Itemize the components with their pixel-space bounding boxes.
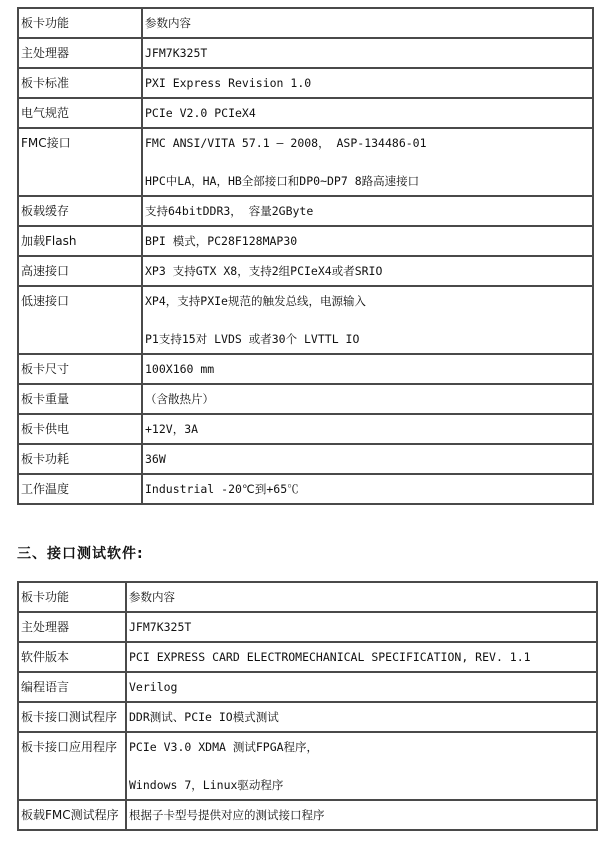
value-line: PCIe V3.0 XDMA 测试FPGA程序， bbox=[129, 733, 594, 761]
table-row: FMC接口FMC ANSI/VITA 57.1 – 2008， ASP-1344… bbox=[18, 128, 593, 196]
table-row: 电气规范PCIe V2.0 PCIeX4 bbox=[18, 98, 593, 128]
row-label: 板卡接口应用程序 bbox=[18, 732, 126, 800]
row-value: JFM7K325T bbox=[126, 612, 597, 642]
value-line: +12V，3A bbox=[145, 415, 590, 443]
value-line: Windows 7，Linux驱动程序 bbox=[129, 771, 594, 799]
row-value: JFM7K325T bbox=[142, 38, 593, 68]
value-line: XP4，支持PXIe规范的触发总线，电源输入 bbox=[145, 287, 590, 315]
table-row: 板卡功能参数内容 bbox=[18, 8, 593, 38]
table-row: 低速接口XP4，支持PXIe规范的触发总线，电源输入P1支持15对 LVDS 或… bbox=[18, 286, 593, 354]
row-label: 工作温度 bbox=[18, 474, 142, 504]
value-line: 支持64bitDDR3， 容量2GByte bbox=[145, 197, 590, 225]
table-row: 板卡功耗36W bbox=[18, 444, 593, 474]
row-value: Industrial -20℃到+65℃ bbox=[142, 474, 593, 504]
row-label: 板卡功能 bbox=[18, 8, 142, 38]
row-value: XP4，支持PXIe规范的触发总线，电源输入P1支持15对 LVDS 或者30个… bbox=[142, 286, 593, 354]
table-row: 主处理器JFM7K325T bbox=[18, 38, 593, 68]
value-line: 36W bbox=[145, 445, 590, 473]
row-label: 板卡功耗 bbox=[18, 444, 142, 474]
row-label: 高速接口 bbox=[18, 256, 142, 286]
section-heading: 三、接口测试软件: bbox=[17, 543, 144, 563]
value-line: DDR测试、PCIe IO模式测试 bbox=[129, 703, 594, 731]
row-label: 主处理器 bbox=[18, 612, 126, 642]
row-label: 板载缓存 bbox=[18, 196, 142, 226]
table-row: 加载FlashBPI 模式，PC28F128MAP30 bbox=[18, 226, 593, 256]
row-value: 根据子卡型号提供对应的测试接口程序 bbox=[126, 800, 597, 830]
value-line: PXI Express Revision 1.0 bbox=[145, 69, 590, 97]
value-line: Industrial -20℃到+65℃ bbox=[145, 475, 590, 503]
table-row: 软件版本PCI EXPRESS CARD ELECTROMECHANICAL S… bbox=[18, 642, 597, 672]
row-label: 编程语言 bbox=[18, 672, 126, 702]
hardware-spec-table: 板卡功能参数内容主处理器JFM7K325T板卡标准PXI Express Rev… bbox=[17, 7, 594, 505]
row-value: Verilog bbox=[126, 672, 597, 702]
table-row: 编程语言Verilog bbox=[18, 672, 597, 702]
row-label: FMC接口 bbox=[18, 128, 142, 196]
value-line: Verilog bbox=[129, 673, 594, 701]
row-label: 板卡供电 bbox=[18, 414, 142, 444]
value-line: JFM7K325T bbox=[145, 39, 590, 67]
value-line: PCIe V2.0 PCIeX4 bbox=[145, 99, 590, 127]
row-value: （含散热片） bbox=[142, 384, 593, 414]
row-value: PXI Express Revision 1.0 bbox=[142, 68, 593, 98]
value-line: PCI EXPRESS CARD ELECTROMECHANICAL SPECI… bbox=[129, 643, 594, 671]
row-label: 板卡接口测试程序 bbox=[18, 702, 126, 732]
value-line: 100X160 mm bbox=[145, 355, 590, 383]
value-line: 参数内容 bbox=[145, 9, 590, 37]
row-value: BPI 模式，PC28F128MAP30 bbox=[142, 226, 593, 256]
row-label: 电气规范 bbox=[18, 98, 142, 128]
table-row: 板卡接口应用程序PCIe V3.0 XDMA 测试FPGA程序，Windows … bbox=[18, 732, 597, 800]
value-line: 根据子卡型号提供对应的测试接口程序 bbox=[129, 801, 594, 829]
row-value: PCIe V2.0 PCIeX4 bbox=[142, 98, 593, 128]
value-line: BPI 模式，PC28F128MAP30 bbox=[145, 227, 590, 255]
row-value: 100X160 mm bbox=[142, 354, 593, 384]
row-label: 板卡功能 bbox=[18, 582, 126, 612]
row-label: 软件版本 bbox=[18, 642, 126, 672]
table-row: 高速接口XP3 支持GTX X8，支持2组PCIeX4或者SRIO bbox=[18, 256, 593, 286]
table-row: 板卡标准PXI Express Revision 1.0 bbox=[18, 68, 593, 98]
value-line: P1支持15对 LVDS 或者30个 LVTTL IO bbox=[145, 325, 590, 353]
table-row: 板卡接口测试程序DDR测试、PCIe IO模式测试 bbox=[18, 702, 597, 732]
row-value: 参数内容 bbox=[142, 8, 593, 38]
row-value: DDR测试、PCIe IO模式测试 bbox=[126, 702, 597, 732]
table-row: 板卡功能参数内容 bbox=[18, 582, 597, 612]
row-value: 支持64bitDDR3， 容量2GByte bbox=[142, 196, 593, 226]
row-value: XP3 支持GTX X8，支持2组PCIeX4或者SRIO bbox=[142, 256, 593, 286]
value-line: XP3 支持GTX X8，支持2组PCIeX4或者SRIO bbox=[145, 257, 590, 285]
row-value: +12V，3A bbox=[142, 414, 593, 444]
line-gap bbox=[145, 315, 590, 325]
table-row: 板卡供电+12V，3A bbox=[18, 414, 593, 444]
table-row: 板载缓存支持64bitDDR3， 容量2GByte bbox=[18, 196, 593, 226]
row-label: 主处理器 bbox=[18, 38, 142, 68]
row-label: 板载FMC测试程序 bbox=[18, 800, 126, 830]
value-line: JFM7K325T bbox=[129, 613, 594, 641]
value-line: 参数内容 bbox=[129, 583, 594, 611]
software-spec-table: 板卡功能参数内容主处理器JFM7K325T软件版本PCI EXPRESS CAR… bbox=[17, 581, 598, 831]
row-value: FMC ANSI/VITA 57.1 – 2008， ASP-134486-01… bbox=[142, 128, 593, 196]
row-label: 板卡尺寸 bbox=[18, 354, 142, 384]
table-row: 板卡尺寸100X160 mm bbox=[18, 354, 593, 384]
row-label: 加载Flash bbox=[18, 226, 142, 256]
row-value: PCI EXPRESS CARD ELECTROMECHANICAL SPECI… bbox=[126, 642, 597, 672]
table-row: 板卡重量（含散热片） bbox=[18, 384, 593, 414]
row-label: 板卡重量 bbox=[18, 384, 142, 414]
row-value: 36W bbox=[142, 444, 593, 474]
value-line: FMC ANSI/VITA 57.1 – 2008， ASP-134486-01 bbox=[145, 129, 590, 157]
row-label: 板卡标准 bbox=[18, 68, 142, 98]
row-label: 低速接口 bbox=[18, 286, 142, 354]
row-value: PCIe V3.0 XDMA 测试FPGA程序，Windows 7，Linux驱… bbox=[126, 732, 597, 800]
line-gap bbox=[145, 157, 590, 167]
value-line: （含散热片） bbox=[145, 385, 590, 413]
line-gap bbox=[129, 761, 594, 771]
table-row: 板载FMC测试程序根据子卡型号提供对应的测试接口程序 bbox=[18, 800, 597, 830]
value-line: HPC中LA，HA，HB全部接口和DP0~DP7 8路高速接口 bbox=[145, 167, 590, 195]
table-row: 工作温度Industrial -20℃到+65℃ bbox=[18, 474, 593, 504]
table-row: 主处理器JFM7K325T bbox=[18, 612, 597, 642]
row-value: 参数内容 bbox=[126, 582, 597, 612]
